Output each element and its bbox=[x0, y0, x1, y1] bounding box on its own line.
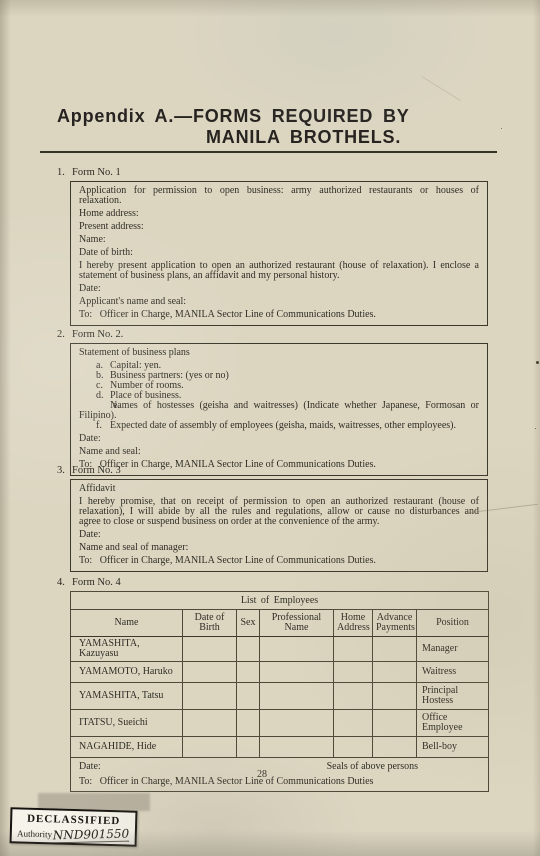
column-header-professional-name: Professional Name bbox=[260, 610, 334, 637]
statement-heading: Statement of business plans bbox=[79, 348, 479, 358]
table-cell bbox=[373, 662, 417, 683]
table-cell bbox=[373, 683, 417, 710]
table-row: NAGAHIDE, Hide Bell-boy bbox=[71, 737, 489, 758]
table-cell bbox=[183, 737, 237, 758]
table-cell bbox=[373, 710, 417, 737]
paper-crease bbox=[421, 76, 461, 101]
table-cell bbox=[260, 683, 334, 710]
table-cell bbox=[260, 637, 334, 662]
table-row: YAMASHITA, Tatsu Principal Hostess bbox=[71, 683, 489, 710]
employee-name: NAGAHIDE, Hide bbox=[71, 737, 183, 758]
table-cell bbox=[334, 683, 373, 710]
form-3-number: 3. bbox=[57, 465, 72, 476]
table-caption-row: List of Employees bbox=[71, 592, 489, 610]
date-field: Date: bbox=[79, 530, 479, 540]
application-paragraph: Application for permission to open busin… bbox=[79, 186, 479, 206]
form-3-heading: 3.Form No. 3 bbox=[57, 465, 497, 476]
authority-number-handwritten: NND901550 bbox=[53, 827, 130, 844]
business-plan-items: a.Capital: yen. b.Business partners: (ye… bbox=[79, 361, 479, 431]
employee-position: Waitress bbox=[417, 662, 489, 683]
form-1-box: Application for permission to open busin… bbox=[70, 181, 488, 326]
authority-label: Authority bbox=[17, 828, 52, 839]
table-cell bbox=[237, 637, 260, 662]
column-header-position: Position bbox=[417, 610, 489, 637]
affidavit-heading: Affidavit bbox=[79, 484, 479, 494]
form-1-section: 1.Form No. 1 Application for permission … bbox=[57, 167, 497, 326]
table-cell bbox=[237, 737, 260, 758]
item-names-of-hostesses: e.Names of hostesses (geisha and waitres… bbox=[79, 401, 479, 421]
column-header-advance-payments: Advance Payments bbox=[373, 610, 417, 637]
employee-name: ITATSU, Sueichi bbox=[71, 710, 183, 737]
page-number: 28 bbox=[0, 769, 532, 780]
form-1-heading: 1.Form No. 1 bbox=[57, 167, 497, 178]
form-2-number: 2. bbox=[57, 329, 72, 340]
table-cell bbox=[373, 637, 417, 662]
table-cell bbox=[334, 637, 373, 662]
applicant-name-seal-field: Applicant's name and seal: bbox=[79, 297, 479, 307]
employee-name: YAMASHITA, Tatsu bbox=[71, 683, 183, 710]
table-header-row: Name Date of Birth Sex Professional Name… bbox=[71, 610, 489, 637]
table-cell bbox=[183, 637, 237, 662]
form-4-title: Form No. 4 bbox=[72, 577, 121, 588]
employee-position: Principal Hostess bbox=[417, 683, 489, 710]
name-field: Name: bbox=[79, 235, 479, 245]
declaration-paragraph: I hereby present application to open an … bbox=[79, 261, 479, 281]
column-header-sex: Sex bbox=[237, 610, 260, 637]
employee-name: YAMASHITA, Kazuyasu bbox=[71, 637, 183, 662]
column-header-name: Name bbox=[71, 610, 183, 637]
form-3-title: Form No. 3 bbox=[72, 465, 121, 476]
table-cell bbox=[334, 737, 373, 758]
column-header-home-address: Home Address bbox=[334, 610, 373, 637]
page-title-line1: Appendix A.—FORMS REQUIRED BY bbox=[57, 106, 410, 127]
form-4-number: 4. bbox=[57, 577, 72, 588]
present-address-field: Present address: bbox=[79, 222, 479, 232]
appendix-label: Appendix A. bbox=[57, 106, 174, 126]
table-cell bbox=[237, 662, 260, 683]
form-1-number: 1. bbox=[57, 167, 72, 178]
table-caption: List of Employees bbox=[71, 592, 489, 610]
date-of-birth-field: Date of birth: bbox=[79, 248, 479, 258]
employee-position: Office Employee bbox=[417, 710, 489, 737]
date-field: Date: bbox=[79, 434, 479, 444]
table-cell bbox=[373, 737, 417, 758]
form-3-section: 3.Form No. 3 Affidavit I hereby promise,… bbox=[57, 465, 497, 572]
table-cell bbox=[334, 662, 373, 683]
table-row: YAMASHITA, Kazuyasu Manager bbox=[71, 637, 489, 662]
title-rule bbox=[40, 151, 497, 153]
page-title: Appendix A.—FORMS REQUIRED BY MANILA BRO… bbox=[57, 106, 410, 148]
table-cell bbox=[183, 683, 237, 710]
title-text-1: FORMS REQUIRED BY bbox=[193, 106, 410, 126]
page-title-line2: MANILA BROTHELS. bbox=[206, 127, 410, 148]
affidavit-paragraph: I hereby promise, that on receipt of per… bbox=[79, 497, 479, 527]
manager-name-seal-field: Name and seal of manager: bbox=[79, 543, 479, 553]
form-2-box: Statement of business plans a.Capital: y… bbox=[70, 343, 488, 476]
to-officer-line: To: Officer in Charge, MANILA Sector Lin… bbox=[79, 310, 479, 320]
employee-name: YAMAMOTO, Haruko bbox=[71, 662, 183, 683]
table-cell bbox=[183, 662, 237, 683]
table-cell bbox=[334, 710, 373, 737]
table-cell bbox=[183, 710, 237, 737]
stamp-authority-line: AuthorityNND901550 bbox=[12, 825, 135, 843]
column-header-date-of-birth: Date of Birth bbox=[183, 610, 237, 637]
employee-position: Manager bbox=[417, 637, 489, 662]
table-row: ITATSU, Sueichi Office Employee bbox=[71, 710, 489, 737]
form-2-section: 2.Form No. 2. Statement of business plan… bbox=[57, 329, 497, 476]
table-cell bbox=[260, 710, 334, 737]
table-cell bbox=[260, 662, 334, 683]
home-address-field: Home address: bbox=[79, 209, 479, 219]
date-field: Date: bbox=[79, 284, 479, 294]
employee-position: Bell-boy bbox=[417, 737, 489, 758]
form-2-heading: 2.Form No. 2. bbox=[57, 329, 497, 340]
title-dash: — bbox=[174, 106, 193, 126]
declassified-stamp: DECLASSIFIED AuthorityNND901550 bbox=[10, 807, 138, 847]
to-officer-line: To: Officer in Charge, MANILA Sector Lin… bbox=[79, 556, 479, 566]
item-expected-date: f.Expected date of assembly of employees… bbox=[79, 421, 479, 431]
name-seal-field: Name and seal: bbox=[79, 447, 479, 457]
table-cell bbox=[237, 683, 260, 710]
form-1-title: Form No. 1 bbox=[72, 167, 121, 178]
form-4-heading: 4.Form No. 4 bbox=[57, 577, 497, 588]
form-4-section: 4.Form No. 4 List of Employees Name Date… bbox=[57, 577, 497, 792]
table-cell bbox=[260, 737, 334, 758]
form-2-title: Form No. 2. bbox=[72, 329, 123, 340]
table-row: YAMAMOTO, Haruko Waitress bbox=[71, 662, 489, 683]
ink-speck bbox=[536, 361, 539, 364]
table-cell bbox=[237, 710, 260, 737]
employee-table: List of Employees Name Date of Birth Sex… bbox=[70, 591, 489, 792]
form-3-box: Affidavit I hereby promise, that on rece… bbox=[70, 479, 488, 572]
